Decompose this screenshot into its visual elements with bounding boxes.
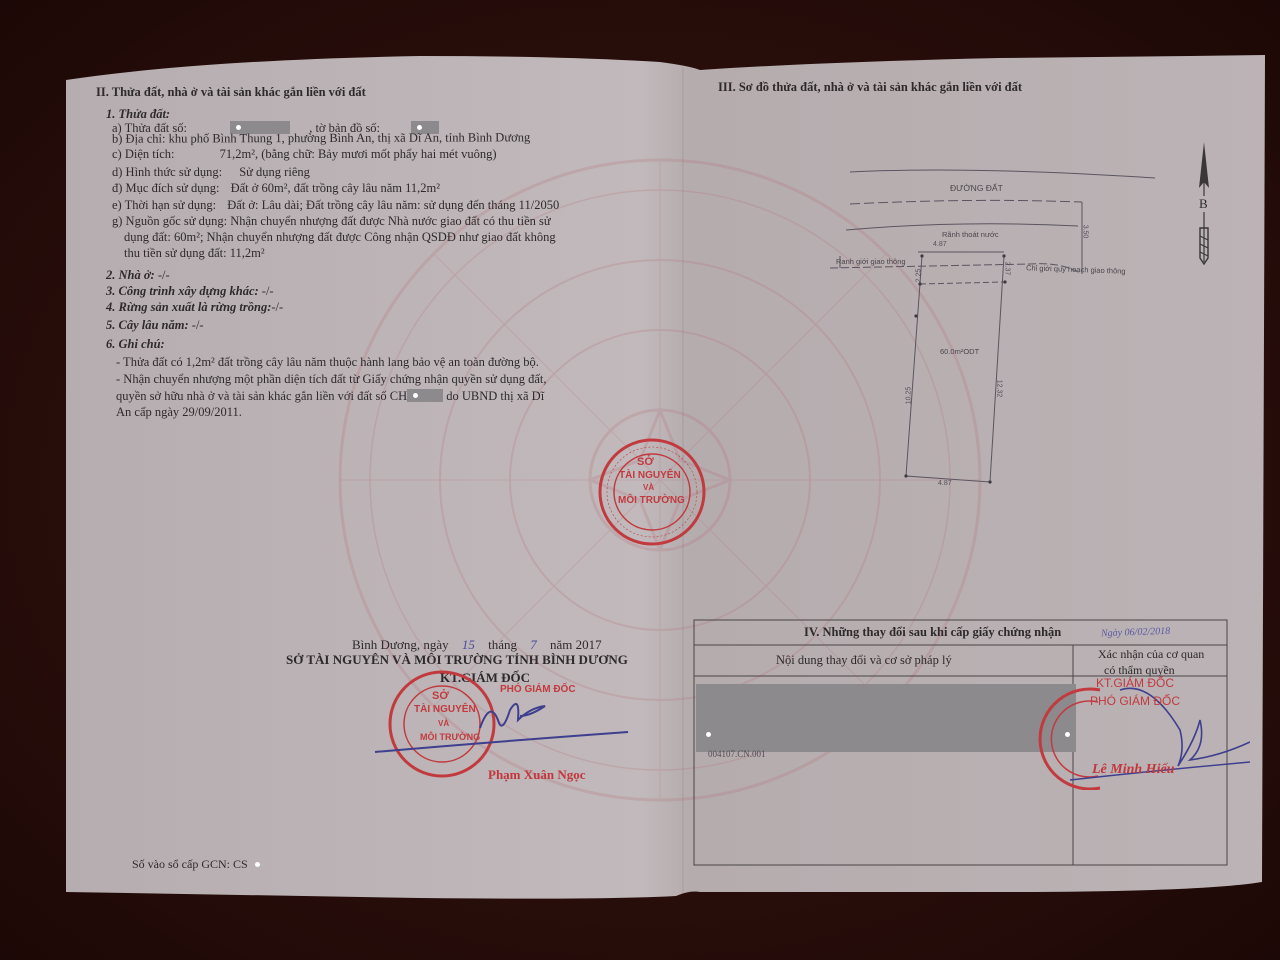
note-line2: - Nhận chuyển nhượng một phần diện tích … xyxy=(116,371,547,387)
change-handwritten-date: Ngày 06/02/2018 xyxy=(1101,624,1171,642)
note-line3-suffix: do UBND thị xã Dĩ xyxy=(443,389,544,403)
dim-top: 4.87 xyxy=(933,241,947,248)
redacted-change-content xyxy=(696,684,1076,752)
item-value: -/- xyxy=(271,300,283,314)
redacted-registry-number xyxy=(255,862,260,867)
issuing-agency: SỞ TÀI NGUYÊN VÀ MÔI TRƯỜNG TỈNH BÌNH DƯ… xyxy=(286,652,628,668)
item-production-forest: 4. Rừng sản xuất là rừng trồng:-/- xyxy=(106,299,283,315)
redacted-certificate-number xyxy=(407,389,443,402)
item-value: -/- xyxy=(259,284,274,298)
usage-term-label: e) Thời hạn sử dụng: xyxy=(112,198,216,212)
changes-table-title: IV. Những thay đổi sau khi cấp giấy chứn… xyxy=(804,625,1061,640)
traffic-boundary-label: Ranh giới giao thông xyxy=(836,257,906,266)
registry-number-row: Số vào sổ cấp GCN: CS xyxy=(132,856,260,872)
dim-corridor-left: 2.25 xyxy=(915,269,922,283)
dim-left: 10.25 xyxy=(905,387,912,405)
parcel-diagram xyxy=(820,160,1160,500)
signer-name: Phạm Xuân Ngọc xyxy=(488,767,586,783)
change-entry-partial: 004107.CN.001 xyxy=(708,746,766,762)
note-line4: An cấp ngày 29/09/2011. xyxy=(116,404,242,420)
usage-purpose-label: đ) Mục đích sử dụng: xyxy=(112,181,219,195)
dim-corridor-right: 2.37 xyxy=(1003,262,1010,276)
registry-label: Số vào sổ cấp GCN: CS xyxy=(132,857,248,871)
item-perennial-trees: 5. Cây lâu năm: -/- xyxy=(106,317,204,333)
authority-title: KT.GIÁM ĐỐC xyxy=(1096,676,1174,690)
usage-form-row: d) Hình thức sử dụng: Sử dụng riêng xyxy=(112,164,310,180)
dim-bottom: 4.87 xyxy=(938,480,952,487)
item-label: 3. Công trình xây dựng khác: xyxy=(106,284,259,298)
dim-road: 3.50 xyxy=(1081,225,1088,239)
seal-line4: MÔI TRƯỜNG xyxy=(618,495,685,506)
authority-signer-name: Lê Minh Hiếu xyxy=(1092,762,1174,778)
drain-label: Rãnh thoát nước xyxy=(942,230,999,239)
note-line3: quyền sở hữu nhà ở và tài sản khác gắn l… xyxy=(116,388,544,404)
authority-deputy-title: PHÓ GIÁM ĐỐC xyxy=(1090,694,1180,708)
dim-right: 12.32 xyxy=(995,380,1002,398)
usage-form-label: d) Hình thức sử dụng: xyxy=(112,165,222,179)
section-iii-title: III. Sơ đồ thửa đất, nhà ở và tài sản kh… xyxy=(718,79,1022,95)
parcel-area-label: 60.0m²ODT xyxy=(940,347,979,356)
col-change-content-header: Nội dung thay đổi và cơ sở pháp lý xyxy=(776,652,952,668)
usage-purpose-value: Đất ở 60m², đất trồng cây lâu năm 11,2m² xyxy=(231,181,440,195)
usage-purpose-row: đ) Mục đích sử dụng: Đất ở 60m², đất trồ… xyxy=(112,180,440,196)
parcel-address: b) Địa chỉ: khu phố Bình Thung 1, phường… xyxy=(112,129,530,146)
certificate-document: II. Thửa đất, nhà ở và tài sản khác gắn … xyxy=(0,0,1280,960)
redaction-marker xyxy=(706,732,711,737)
director-signature-icon xyxy=(370,680,640,760)
col-authority-header-line1: Xác nhận của cơ quan xyxy=(1098,646,1204,662)
usage-origin-line3: thu tiền sử dụng đất: 11,2m² xyxy=(124,245,265,261)
seal-line3: VÀ xyxy=(643,483,654,492)
note-line3-prefix: quyền sở hữu nhà ở và tài sản khác gắn l… xyxy=(116,389,407,403)
issue-year: năm 2017 xyxy=(550,637,602,652)
item-value: -/- xyxy=(189,318,204,332)
area-value: 71,2m², (bằng chữ: Bảy mươi mốt phẩy hai… xyxy=(220,147,497,161)
item-label: 5. Cây lâu năm: xyxy=(106,318,189,332)
red-seal-stamp-icon xyxy=(596,436,708,548)
road-label: ĐƯỜNG ĐẤT xyxy=(950,183,1003,193)
usage-term-row: e) Thời hạn sử dụng: Đất ở: Lâu dài; Đất… xyxy=(112,197,559,213)
item-value: -/- xyxy=(155,268,170,282)
month-label: tháng xyxy=(488,637,517,652)
usage-term-value: Đất ở: Lâu dài; Đất trồng cây lâu năm: s… xyxy=(227,198,559,212)
area-label: c) Diện tích: xyxy=(112,147,174,161)
usage-form-value: Sử dụng riêng xyxy=(239,165,310,179)
place-date-prefix: Bình Dương, ngày xyxy=(352,637,449,652)
parcel-area-row: c) Diện tích: 71,2m², (bằng chữ: Bảy mươ… xyxy=(112,146,497,162)
issue-day: 15 xyxy=(462,637,475,652)
section-ii-title: II. Thửa đất, nhà ở và tài sản khác gắn … xyxy=(96,84,366,100)
north-label: B xyxy=(1198,196,1209,212)
item-label: 2. Nhà ở: xyxy=(106,268,155,282)
item-other-construction: 3. Công trình xây dựng khác: -/- xyxy=(106,283,274,299)
usage-origin-line1: g) Nguồn gốc sử dụng: Nhận chuyển nhượng… xyxy=(112,213,551,229)
seal-line2: TÀI NGUYÊN xyxy=(619,470,681,481)
seal-line1: SỞ xyxy=(637,456,654,468)
issue-month: 7 xyxy=(530,637,537,652)
item-notes-heading: 6. Ghi chú: xyxy=(106,336,165,352)
place-date-row: Bình Dương, ngày 15 tháng 7 năm 2017 xyxy=(352,637,602,653)
note-line1: - Thửa đất có 1,2m² đất trồng cây lâu nă… xyxy=(116,354,539,370)
usage-origin-line2: dụng đất: 60m²; Nhận chuyển nhượng đất đ… xyxy=(124,229,556,245)
item-label: 4. Rừng sản xuất là rừng trồng: xyxy=(106,300,271,314)
item-house: 2. Nhà ở: -/- xyxy=(106,267,170,283)
